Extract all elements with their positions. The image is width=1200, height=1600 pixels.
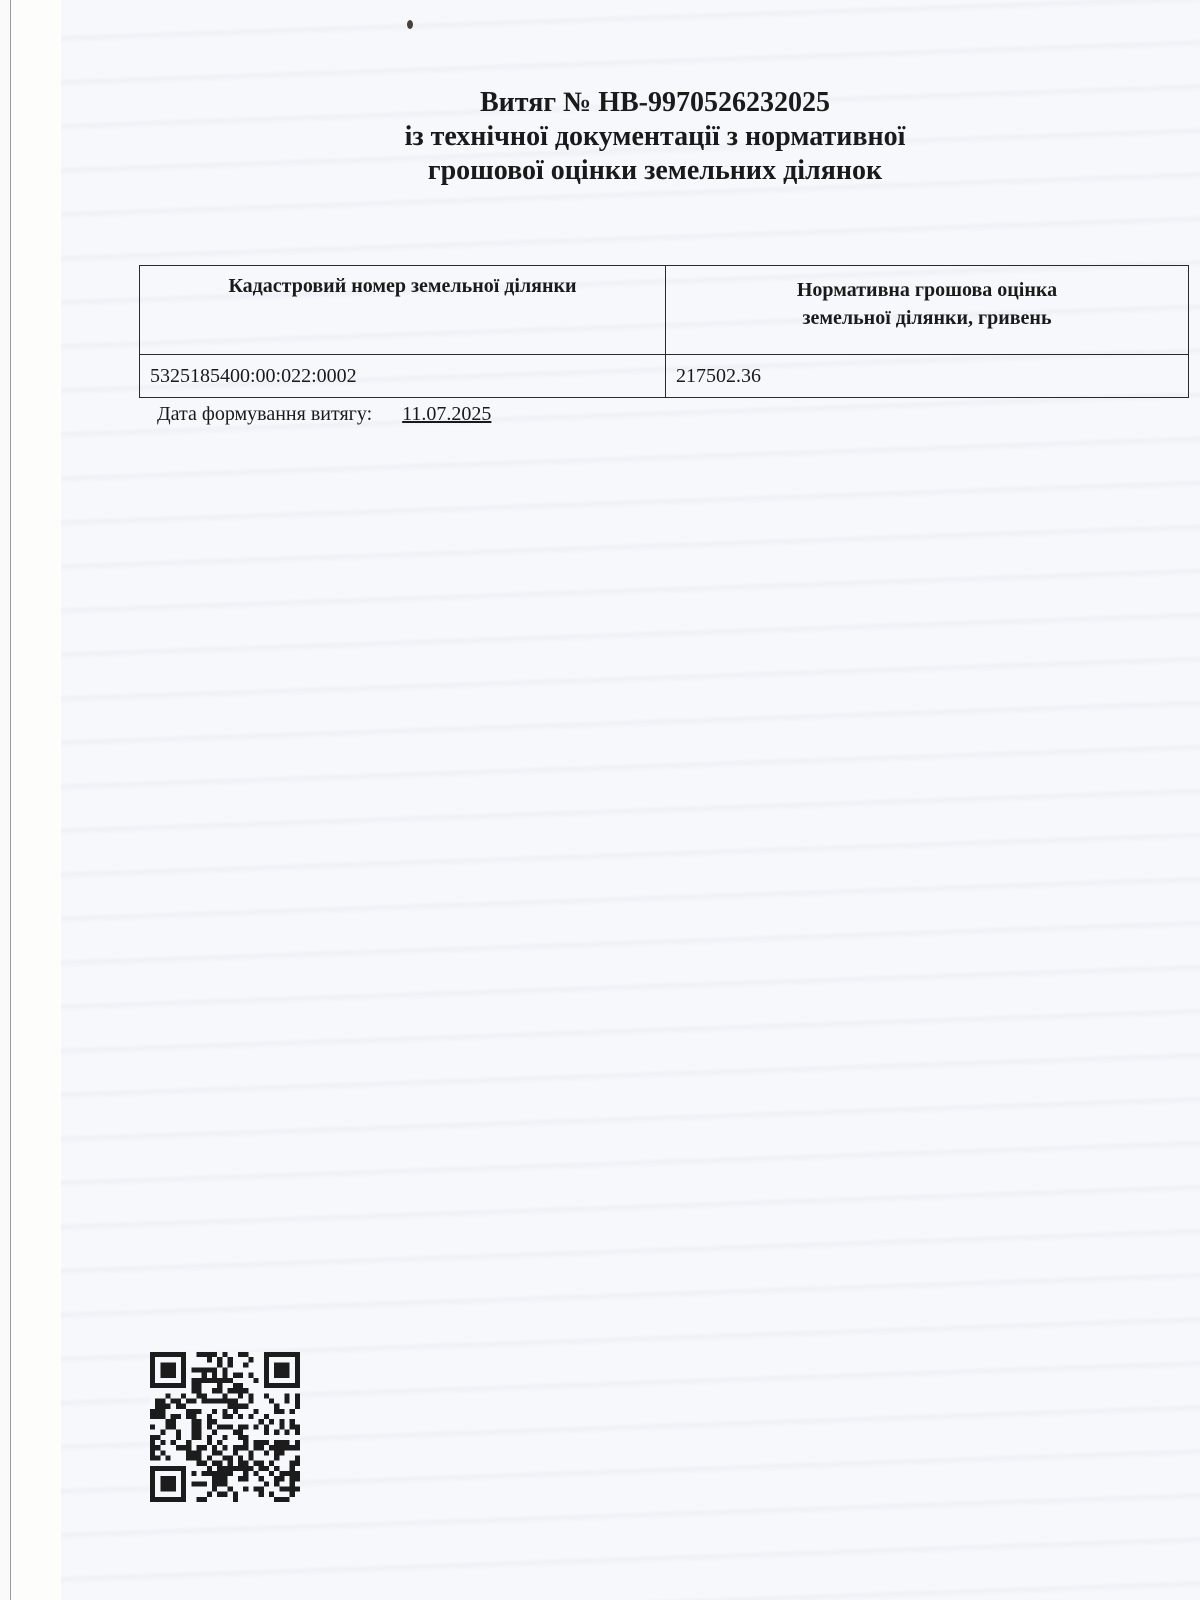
date-value: 11.07.2025 — [402, 403, 491, 425]
title-line-1: Витяг № НВ-9970526232025 — [0, 86, 1200, 120]
title-line-3: грошової оцінки земельних ділянок — [0, 154, 1200, 188]
header-cadastral-number: Кадастровий номер земельної ділянки — [140, 266, 666, 355]
header-valuation-line-1: Нормативна грошова оцінка — [676, 276, 1178, 304]
title-line-2: із технічної документації з нормативної — [0, 120, 1200, 154]
valuation-table: Кадастровий номер земельної ділянки Норм… — [139, 265, 1189, 398]
header-valuation: Нормативна грошова оцінка земельної діля… — [666, 266, 1189, 355]
header-valuation-line-2: земельної ділянки, гривень — [676, 304, 1178, 332]
scan-speck — [407, 20, 413, 29]
formation-date: Дата формування витягу:11.07.2025 — [157, 403, 491, 426]
cell-valuation: 217502.36 — [666, 355, 1189, 398]
table-header-row: Кадастровий номер земельної ділянки Норм… — [140, 266, 1189, 355]
scan-page-edge — [0, 0, 11, 1600]
table-row: 5325185400:00:022:0002 217502.36 — [140, 355, 1189, 398]
scan-margin — [11, 0, 61, 1600]
qr-code-icon[interactable] — [150, 1352, 300, 1502]
document-title: Витяг № НВ-9970526232025 із технічної до… — [0, 86, 1200, 188]
date-label: Дата формування витягу: — [157, 403, 372, 425]
cell-cadastral-number: 5325185400:00:022:0002 — [140, 355, 666, 398]
